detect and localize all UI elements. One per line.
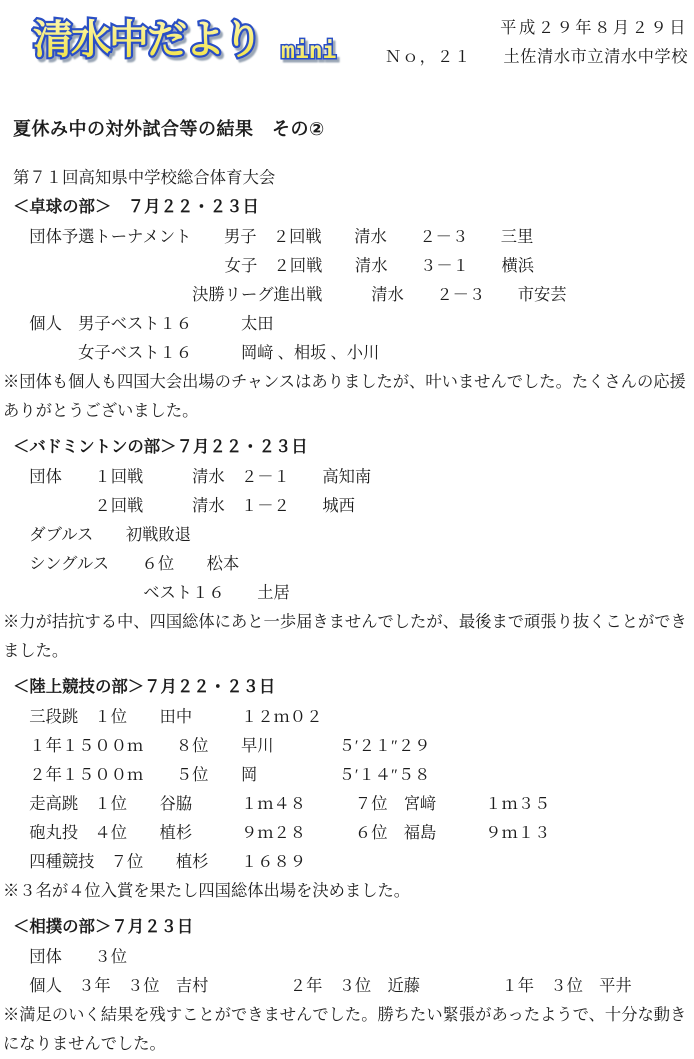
note-line: ※３名が４位入賞を果たし四国総体出場を決めました。 xyxy=(3,876,690,905)
result-line: 砲丸投 ４位 植杉 ９ｍ２８ ６位 福島 ９ｍ１３ xyxy=(13,818,690,847)
section-heading: ＜相撲の部＞７月２３日 xyxy=(13,913,690,942)
section-heading: ＜卓球の部＞ ７月２２・２３日 xyxy=(13,193,690,222)
result-line: 団体 ３位 xyxy=(13,942,690,971)
note-line: ました。 xyxy=(3,636,690,665)
result-line: ダブルス 初戦敗退 xyxy=(13,520,690,549)
result-line: 走高跳 １位 谷脇 １ｍ４８ ７位 宮﨑 １ｍ３５ xyxy=(13,789,690,818)
result-line: ２年１５００ｍ ５位 岡 ５′１４″５８ xyxy=(13,760,690,789)
masthead: 清水中だより mini 平成２９年８月２９日 Ｎｏ，２１ 土佐清水市立清水中学校 xyxy=(13,0,690,95)
result-line: ベスト１６ 土居 xyxy=(13,578,690,607)
section-athletics: ＜陸上競技の部＞７月２２・２３日 三段跳 １位 田中 １２ｍ０２ １年１５００ｍ… xyxy=(13,673,690,905)
result-line: 個人 ３年 ３位 吉村 ２年 ３位 近藤 １年 ３位 平井 xyxy=(13,971,690,1000)
school-name: 土佐清水市立清水中学校 xyxy=(503,43,688,67)
logo-mini-text: mini xyxy=(281,38,337,64)
result-line: １年１５００ｍ ８位 早川 ５′２１″２９ xyxy=(13,731,690,760)
note-line: になりませんでした。 xyxy=(3,1029,690,1058)
section-tabletennis: ＜卓球の部＞ ７月２２・２３日 団体予選トーナメント 男子 ２回戦 清水 ２－３… xyxy=(13,193,690,425)
issue-number: Ｎｏ，２１ xyxy=(385,43,471,67)
section-heading: ＜陸上競技の部＞７月２２・２３日 xyxy=(13,673,690,702)
result-line: 三段跳 １位 田中 １２ｍ０２ xyxy=(13,702,690,731)
note-line: ありがとうございました。 xyxy=(3,396,690,425)
note-line: ※力が拮抗する中、四国総体にあと一歩届きませんでしたが、最後まで頑張り抜くことが… xyxy=(3,607,690,636)
result-line: 決勝リーグ進出戦 清水 ２－３ 市安芸 xyxy=(13,280,690,309)
result-line: 女子ベスト１６ 岡﨑 、相坂 、小川 xyxy=(13,338,690,367)
result-line: 四種競技 ７位 植杉 １６８９ xyxy=(13,847,690,876)
page-title: 夏休み中の対外試合等の結果 その② xyxy=(13,115,690,144)
section-badminton: ＜バドミントンの部＞７月２２・２３日 団体 １回戦 清水 ２－１ 高知南 ２回戦… xyxy=(13,433,690,665)
section-heading: ＜バドミントンの部＞７月２２・２３日 xyxy=(13,433,690,462)
logo-main-text: 清水中だより xyxy=(33,17,261,63)
result-line: 女子 ２回戦 清水 ３－１ 横浜 xyxy=(13,251,690,280)
result-line: 団体予選トーナメント 男子 ２回戦 清水 ２－３ 三里 xyxy=(13,222,690,251)
newsletter-logo: 清水中だより mini xyxy=(31,8,361,74)
issue-date: 平成２９年８月２９日 xyxy=(500,14,688,38)
result-line: 個人 男子ベスト１６ 太田 xyxy=(13,309,690,338)
tournament-title: 第７１回高知県中学校総合体育大会 xyxy=(13,164,690,193)
result-line: ２回戦 清水 １－２ 城西 xyxy=(13,491,690,520)
result-line: シングルス ６位 松本 xyxy=(13,549,690,578)
section-sumo: ＜相撲の部＞７月２３日 団体 ３位 個人 ３年 ３位 吉村 ２年 ３位 近藤 １… xyxy=(13,913,690,1058)
result-line: 団体 １回戦 清水 ２－１ 高知南 xyxy=(13,462,690,491)
note-line: ※満足のいく結果を残すことができませんでした。勝ちたい緊張があったようで、十分な… xyxy=(3,1000,690,1029)
newsletter-page: 清水中だより mini 平成２９年８月２９日 Ｎｏ，２１ 土佐清水市立清水中学校… xyxy=(0,0,694,1059)
note-line: ※団体も個人も四国大会出場のチャンスはありましたが、叶いませんでした。たくさんの… xyxy=(3,367,690,396)
